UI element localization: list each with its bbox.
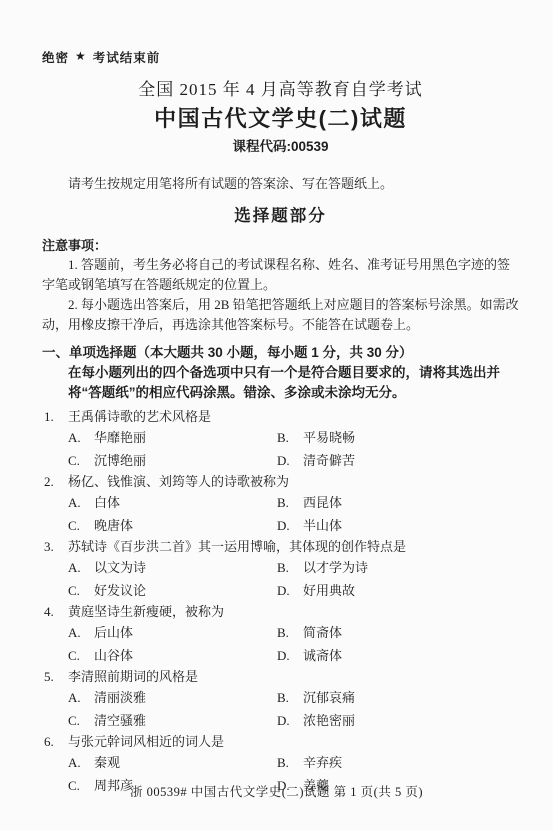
question-number: 5.	[42, 668, 68, 685]
option-text: 诚斋体	[303, 647, 342, 664]
option-text: 好用典故	[303, 582, 355, 599]
option-label: B.	[277, 754, 303, 771]
option-text: 浓艳密丽	[303, 712, 355, 729]
option: D. 诚斋体	[277, 647, 519, 664]
option-label: D.	[277, 517, 303, 534]
option-text: 后山体	[94, 624, 133, 641]
course-code: 课程代码:00539	[42, 138, 519, 156]
option-label: D.	[277, 452, 303, 469]
option: B. 平易晓畅	[277, 429, 519, 446]
exam-paper-page: 绝密 ★ 考试结束前 全国 2015 年 4 月高等教育自学考试 中国古代文学史…	[0, 0, 553, 830]
option-grid: A. 后山体 B. 简斋体 C. 山谷体 D. 诚斋体	[42, 624, 519, 664]
option-label: B.	[277, 559, 303, 576]
option-text: 华靡艳丽	[94, 429, 146, 446]
option-label: C.	[68, 647, 94, 664]
question-title: 6. 与张元幹词风相近的词人是	[42, 733, 519, 750]
notice-title: 注意事项：	[42, 237, 519, 255]
option-text: 好发议论	[94, 582, 146, 599]
footer-text: 浙 00539# 中国古代文学史(二)试题 第 1 页(共 5 页)	[0, 782, 553, 800]
option-text: 以文为诗	[94, 559, 146, 576]
secrecy-line: 绝密 ★ 考试结束前	[42, 48, 519, 66]
option: C. 好发议论	[68, 582, 277, 599]
section-title: 选择题部分	[42, 205, 519, 227]
question-block: 1. 王禹偁诗歌的艺术风格是 A. 华靡艳丽 B. 平易晓畅 C. 沉博绝丽 D…	[42, 408, 519, 469]
option-text: 西昆体	[303, 494, 342, 511]
notice-item-2: 2. 每小题选出答案后，用 2B 铅笔把答题纸上对应题目的答案标号涂黑。如需改动…	[42, 295, 519, 335]
answer-sheet-instruction: 请考生按规定用笔将所有试题的答案涂、写在答题纸上。	[42, 175, 519, 192]
exam-session: 全国 2015 年 4 月高等教育自学考试	[42, 79, 519, 101]
question-text: 杨亿、钱惟演、刘筠等人的诗歌被称为	[68, 473, 289, 490]
question-number: 2.	[42, 473, 68, 490]
star-icon: ★	[75, 49, 87, 63]
option-text: 辛弃疾	[303, 754, 342, 771]
option: C. 沉博绝丽	[68, 452, 277, 469]
option-label: C.	[68, 582, 94, 599]
question-text: 与张元幹词风相近的词人是	[68, 733, 224, 750]
option: B. 简斋体	[277, 624, 519, 641]
option-text: 清丽淡雅	[94, 689, 146, 706]
question-block: 2. 杨亿、钱惟演、刘筠等人的诗歌被称为 A. 白体 B. 西昆体 C. 晚唐体…	[42, 473, 519, 534]
option: B. 以才学为诗	[277, 559, 519, 576]
question-text: 苏轼诗《百步洪二首》其一运用博喻，其体现的创作特点是	[68, 538, 406, 555]
option-text: 秦观	[94, 754, 120, 771]
option-grid: A. 以文为诗 B. 以才学为诗 C. 好发议论 D. 好用典故	[42, 559, 519, 599]
question-number: 6.	[42, 733, 68, 750]
option: C. 晚唐体	[68, 517, 277, 534]
option-label: C.	[68, 712, 94, 729]
option-label: C.	[68, 517, 94, 534]
option: B. 沉郁哀痛	[277, 689, 519, 706]
option-label: B.	[277, 494, 303, 511]
option-label: C.	[68, 452, 94, 469]
page-title: 中国古代文学史(二)试题	[42, 104, 519, 134]
question-title: 4. 黄庭坚诗生新瘦硬，被称为	[42, 603, 519, 620]
question-number: 3.	[42, 538, 68, 555]
option-text: 清奇僻苦	[303, 452, 355, 469]
option: B. 西昆体	[277, 494, 519, 511]
option-text: 沉郁哀痛	[303, 689, 355, 706]
option-label: A.	[68, 559, 94, 576]
question-title: 3. 苏轼诗《百步洪二首》其一运用博喻，其体现的创作特点是	[42, 538, 519, 555]
option-label: A.	[68, 429, 94, 446]
question-number: 4.	[42, 603, 68, 620]
option: A. 华靡艳丽	[68, 429, 277, 446]
option-label: A.	[68, 754, 94, 771]
option: B. 辛弃疾	[277, 754, 519, 771]
question-block: 3. 苏轼诗《百步洪二首》其一运用博喻，其体现的创作特点是 A. 以文为诗 B.…	[42, 538, 519, 599]
option: C. 清空骚雅	[68, 712, 277, 729]
option: A. 以文为诗	[68, 559, 277, 576]
question-number: 1.	[42, 408, 68, 425]
option-label: A.	[68, 689, 94, 706]
option: D. 半山体	[277, 517, 519, 534]
option: D. 好用典故	[277, 582, 519, 599]
option-grid: A. 华靡艳丽 B. 平易晓畅 C. 沉博绝丽 D. 清奇僻苦	[42, 429, 519, 469]
option-text: 以才学为诗	[303, 559, 368, 576]
question-title: 2. 杨亿、钱惟演、刘筠等人的诗歌被称为	[42, 473, 519, 490]
option: A. 白体	[68, 494, 277, 511]
question-title: 5. 李清照前期词的风格是	[42, 668, 519, 685]
question-text: 王禹偁诗歌的艺术风格是	[68, 408, 211, 425]
option-text: 山谷体	[94, 647, 133, 664]
option: C. 山谷体	[68, 647, 277, 664]
option-label: D.	[277, 582, 303, 599]
option: A. 清丽淡雅	[68, 689, 277, 706]
option-text: 晚唐体	[94, 517, 133, 534]
option-label: D.	[277, 647, 303, 664]
option: D. 浓艳密丽	[277, 712, 519, 729]
option-grid: A. 白体 B. 西昆体 C. 晚唐体 D. 半山体	[42, 494, 519, 534]
option-grid: A. 清丽淡雅 B. 沉郁哀痛 C. 清空骚雅 D. 浓艳密丽	[42, 689, 519, 729]
option: D. 清奇僻苦	[277, 452, 519, 469]
option-label: B.	[277, 689, 303, 706]
option: A. 后山体	[68, 624, 277, 641]
option-text: 平易晓畅	[303, 429, 355, 446]
option-text: 白体	[94, 494, 120, 511]
section-subinstruction: 在每小题列出的四个备选项中只有一个是符合题目要求的，请将其选出并将“答题纸”的相…	[42, 363, 519, 403]
question-list: 1. 王禹偁诗歌的艺术风格是 A. 华靡艳丽 B. 平易晓畅 C. 沉博绝丽 D…	[42, 408, 519, 794]
option-label: D.	[277, 712, 303, 729]
question-block: 5. 李清照前期词的风格是 A. 清丽淡雅 B. 沉郁哀痛 C. 清空骚雅 D.…	[42, 668, 519, 729]
question-title: 1. 王禹偁诗歌的艺术风格是	[42, 408, 519, 425]
question-text: 李清照前期词的风格是	[68, 668, 198, 685]
secrecy-label: 绝密	[42, 48, 69, 66]
option-label: B.	[277, 624, 303, 641]
option-text: 半山体	[303, 517, 342, 534]
section-heading: 一、单项选择题（本大题共 30 小题，每小题 1 分，共 30 分）	[42, 343, 519, 363]
notice-item-1: 1. 答题前，考生务必将自己的考试课程名称、姓名、准考证号用黑色字迹的签字笔或钢…	[42, 255, 519, 295]
option-label: A.	[68, 624, 94, 641]
option-label: B.	[277, 429, 303, 446]
option-text: 沉博绝丽	[94, 452, 146, 469]
option-text: 简斋体	[303, 624, 342, 641]
timing-label: 考试结束前	[93, 48, 161, 66]
option-label: A.	[68, 494, 94, 511]
option-text: 清空骚雅	[94, 712, 146, 729]
question-text: 黄庭坚诗生新瘦硬，被称为	[68, 603, 224, 620]
question-block: 4. 黄庭坚诗生新瘦硬，被称为 A. 后山体 B. 简斋体 C. 山谷体 D. …	[42, 603, 519, 664]
option: A. 秦观	[68, 754, 277, 771]
